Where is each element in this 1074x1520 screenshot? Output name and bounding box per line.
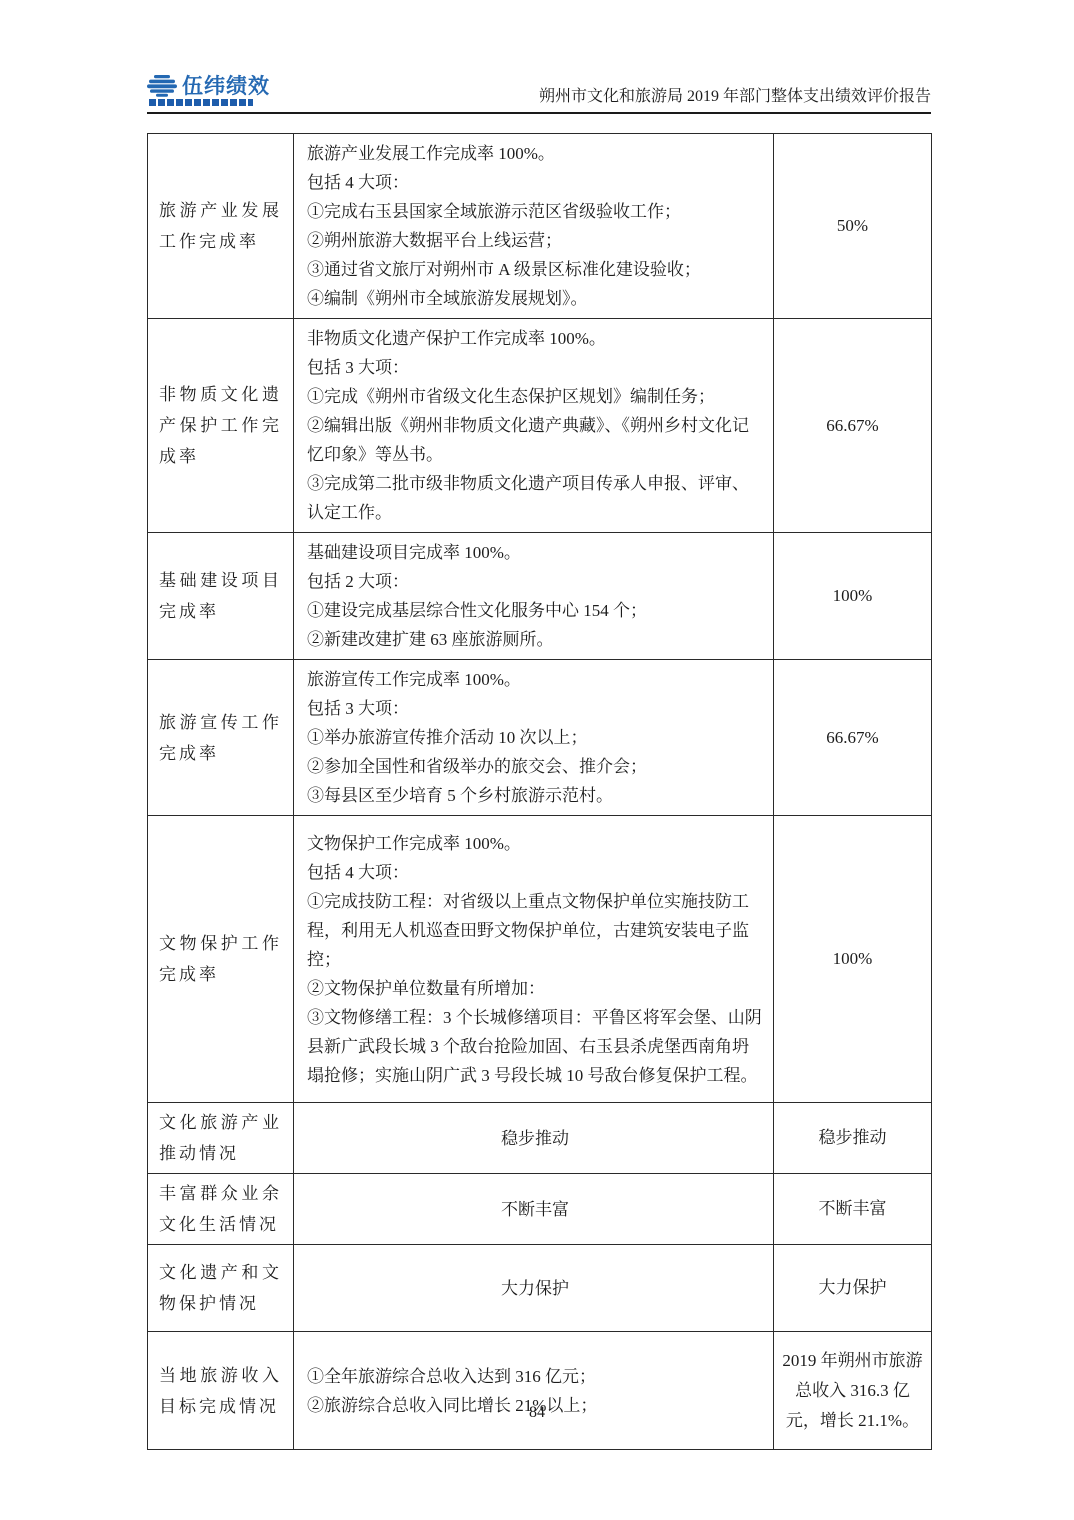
indicator-name: 文化遗产和文物保护情况: [148, 1245, 294, 1332]
company-logo: 伍纬绩效: [147, 75, 270, 106]
table-row: 文化旅游产业推动情况 稳步推动 稳步推动: [148, 1103, 932, 1174]
indicator-name: 非物质文化遗产保护工作完成率: [148, 319, 294, 533]
indicator-name: 旅游宣传工作完成率: [148, 660, 294, 816]
indicator-value: 不断丰富: [774, 1174, 932, 1245]
indicator-description: 基础建设项目完成率 100%。 包括 2 大项： ①建设完成基层综合性文化服务中…: [294, 533, 774, 660]
page-header: 伍纬绩效 朔州市文化和旅游局 2019 年部门整体支出绩效评价报告: [147, 70, 931, 114]
performance-indicator-table: 旅游产业发展工作完成率 旅游产业发展工作完成率 100%。 包括 4 大项： ①…: [147, 133, 932, 1450]
page-number: 84: [0, 1404, 1074, 1422]
table-row: 文物保护工作完成率 文物保护工作完成率 100%。 包括 4 大项： ①完成技防…: [148, 816, 932, 1103]
indicator-name: 丰富群众业余文化生活情况: [148, 1174, 294, 1245]
document-page: 伍纬绩效 朔州市文化和旅游局 2019 年部门整体支出绩效评价报告 旅游产业发展…: [0, 0, 1074, 1520]
table-row: 文化遗产和文物保护情况 大力保护 大力保护: [148, 1245, 932, 1332]
indicator-description: 大力保护: [294, 1245, 774, 1332]
indicator-description: 旅游产业发展工作完成率 100%。 包括 4 大项： ①完成右玉县国家全域旅游示…: [294, 134, 774, 319]
logo-seal-strip: [149, 99, 253, 106]
table-row: 当地旅游收入目标完成情况 ①全年旅游综合总收入达到 316 亿元； ②旅游综合总…: [148, 1332, 932, 1450]
indicator-value: 50%: [774, 134, 932, 319]
indicator-name: 文物保护工作完成率: [148, 816, 294, 1103]
indicator-description: ①全年旅游综合总收入达到 316 亿元； ②旅游综合总收入同比增长 21%以上；: [294, 1332, 774, 1450]
table-row: 旅游产业发展工作完成率 旅游产业发展工作完成率 100%。 包括 4 大项： ①…: [148, 134, 932, 319]
indicator-name: 当地旅游收入目标完成情况: [148, 1332, 294, 1450]
indicator-value: 66.67%: [774, 319, 932, 533]
indicator-name: 文化旅游产业推动情况: [148, 1103, 294, 1174]
report-title: 朔州市文化和旅游局 2019 年部门整体支出绩效评价报告: [539, 87, 931, 106]
indicator-value: 2019 年朔州市旅游总收入 316.3 亿元，增长 21.1%。: [774, 1332, 932, 1450]
logo-main: 伍纬绩效: [147, 75, 270, 97]
table-row: 丰富群众业余文化生活情况 不断丰富 不断丰富: [148, 1174, 932, 1245]
table-row: 非物质文化遗产保护工作完成率 非物质文化遗产保护工作完成率 100%。 包括 3…: [148, 319, 932, 533]
indicator-description: 非物质文化遗产保护工作完成率 100%。 包括 3 大项： ①完成《朔州市省级文…: [294, 319, 774, 533]
indicator-name: 旅游产业发展工作完成率: [148, 134, 294, 319]
table-row: 基础建设项目完成率 基础建设项目完成率 100%。 包括 2 大项： ①建设完成…: [148, 533, 932, 660]
indicator-description: 稳步推动: [294, 1103, 774, 1174]
indicator-name: 基础建设项目完成率: [148, 533, 294, 660]
indicator-description: 不断丰富: [294, 1174, 774, 1245]
table-row: 旅游宣传工作完成率 旅游宣传工作完成率 100%。 包括 3 大项： ①举办旅游…: [148, 660, 932, 816]
indicator-value: 100%: [774, 533, 932, 660]
logo-brand-text: 伍纬绩效: [182, 76, 270, 97]
indicator-value: 66.67%: [774, 660, 932, 816]
indicator-description: 旅游宣传工作完成率 100%。 包括 3 大项： ①举办旅游宣传推介活动 10 …: [294, 660, 774, 816]
indicator-value: 100%: [774, 816, 932, 1103]
globe-lines-logo-icon: [147, 75, 177, 97]
indicator-value: 稳步推动: [774, 1103, 932, 1174]
indicator-value: 大力保护: [774, 1245, 932, 1332]
indicator-description: 文物保护工作完成率 100%。 包括 4 大项： ①完成技防工程：对省级以上重点…: [294, 816, 774, 1103]
